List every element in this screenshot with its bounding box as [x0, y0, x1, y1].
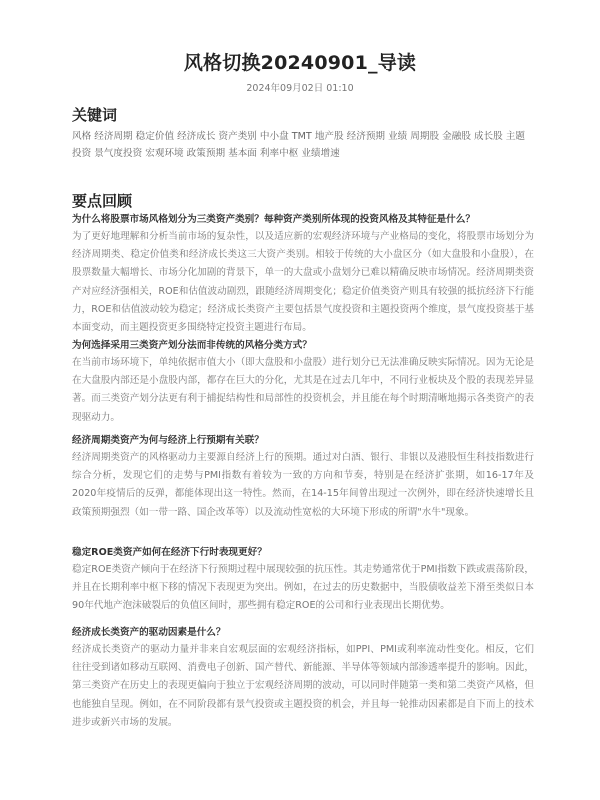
summary-heading: 要点回顾 — [72, 190, 132, 211]
summary-item: 为何选择采用三类资产划分法而非传统的风格分类方式？ 在当前市场环境下，单纯依据市… — [72, 338, 534, 427]
document-page: 风格切换20240901_导读 2024年09月02日 01:10 关键词 风格… — [0, 0, 600, 800]
summary-answer: 在当前市场环境下，单纯依据市值大小（即大盘股和小盘股）进行划分已无法准确反映实际… — [72, 354, 534, 427]
document-title: 风格切换20240901_导读 — [0, 48, 600, 75]
keywords-list: 风格 经济周期 稳定价值 经济成长 资产类别 中小盘 TMT 地产股 经济预期 … — [72, 128, 534, 162]
keywords-heading: 关键词 — [72, 104, 117, 125]
summary-question: 经济成长类资产的驱动因素是什么？ — [72, 625, 534, 641]
summary-answer: 经济周期类资产的风格驱动力主要源自经济上行的预期。通过对白酒、银行、非银以及港股… — [72, 449, 534, 522]
summary-question: 为何选择采用三类资产划分法而非传统的风格分类方式？ — [72, 338, 534, 354]
summary-answer: 为了更好地理解和分析当前市场的复杂性，以及适应新的宏观经济环境与产业格局的变化，… — [72, 228, 534, 337]
summary-item: 经济周期类资产为何与经济上行预期有关联？ 经济周期类资产的风格驱动力主要源自经济… — [72, 433, 534, 522]
summary-question: 稳定ROE类资产如何在经济下行时表现更好？ — [72, 545, 534, 561]
summary-item: 稳定ROE类资产如何在经济下行时表现更好？ 稳定ROE类资产倾向于在经济下行预期… — [72, 545, 534, 616]
summary-answer: 稳定ROE类资产倾向于在经济下行预期过程中展现较强的抗压性。其走势通常优于PMI… — [72, 561, 534, 616]
document-date: 2024年09月02日 01:10 — [0, 80, 600, 94]
summary-item: 经济成长类资产的驱动因素是什么？ 经济成长类资产的驱动力量并非来自宏观层面的宏观… — [72, 625, 534, 732]
summary-answer: 经济成长类资产的驱动力量并非来自宏观层面的宏观经济指标，如PPI、PMI或利率流… — [72, 641, 534, 732]
summary-question: 经济周期类资产为何与经济上行预期有关联？ — [72, 433, 534, 449]
summary-item: 为什么将股票市场风格划分为三类资产类别？每种资产类别所体现的投资风格及其特征是什… — [72, 212, 534, 337]
summary-question: 为什么将股票市场风格划分为三类资产类别？每种资产类别所体现的投资风格及其特征是什… — [72, 212, 534, 228]
